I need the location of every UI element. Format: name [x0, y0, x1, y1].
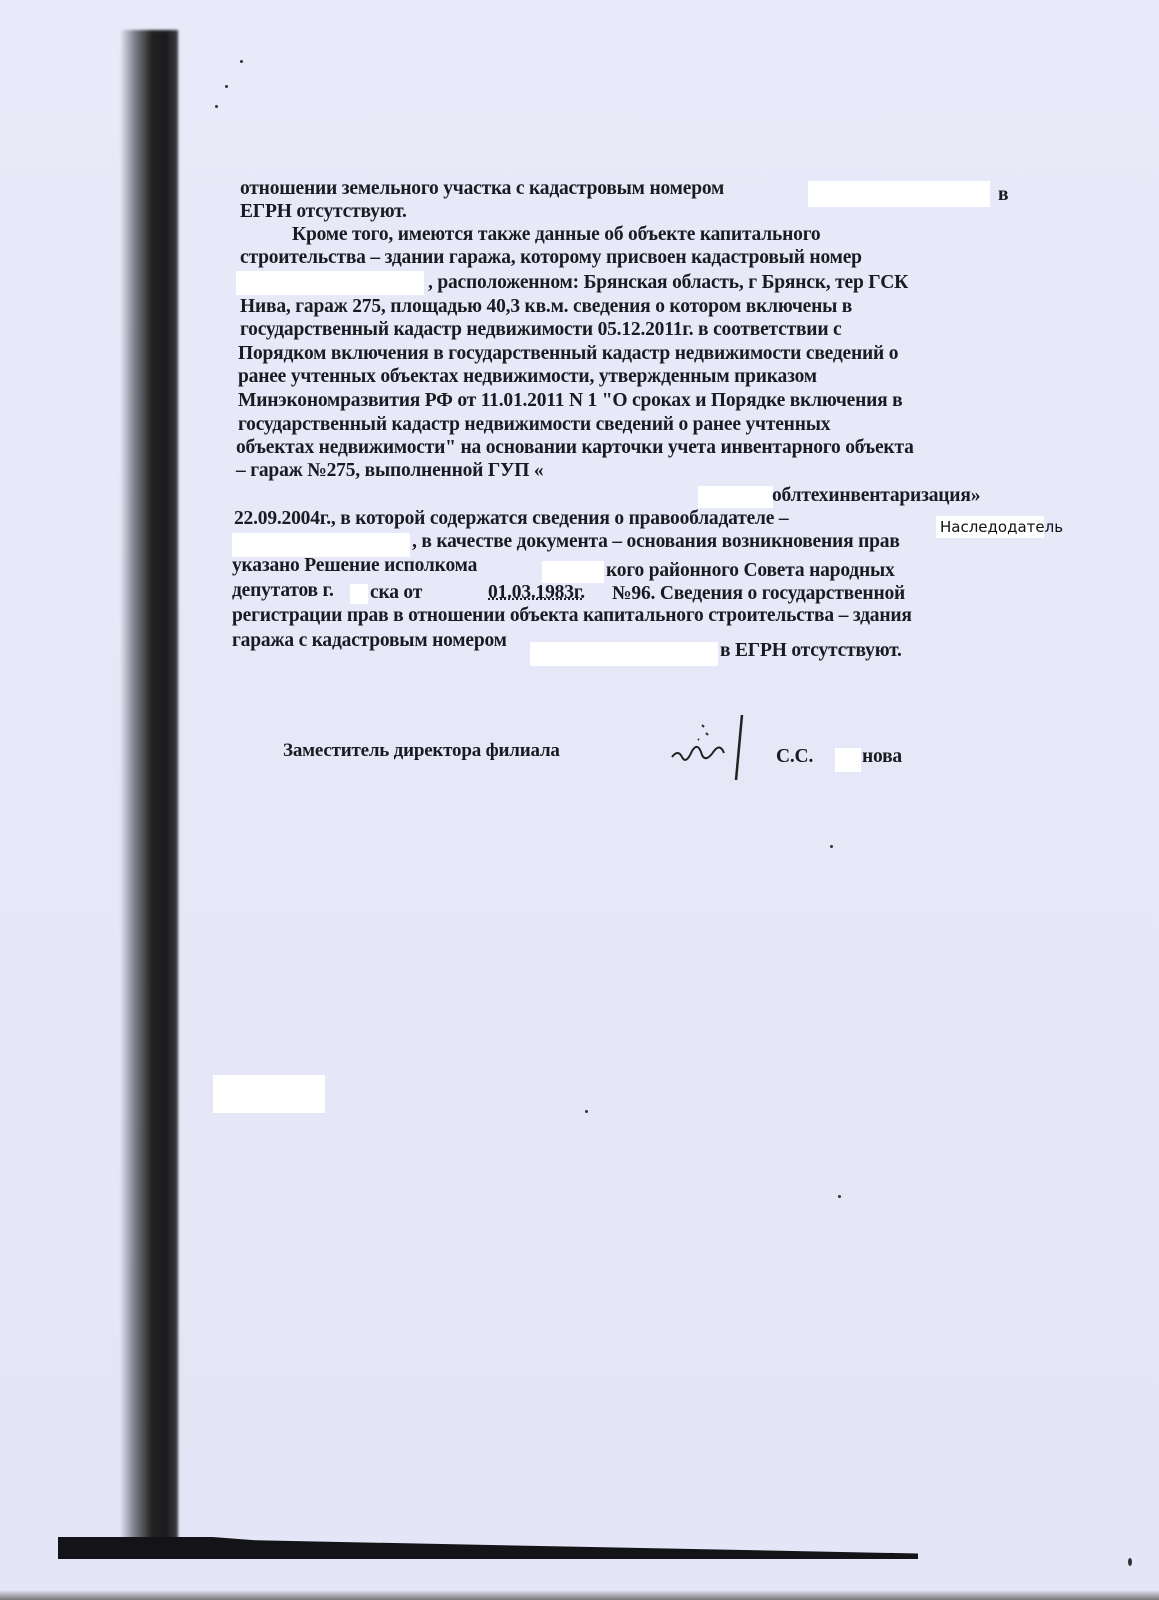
scan-speck [1128, 1558, 1132, 1566]
text-line: Нива, гараж 275, площадью 40,3 кв.м. све… [240, 296, 852, 318]
text-line: , в качестве документа – основания возни… [412, 531, 900, 553]
signer-initials: С.С. [776, 746, 813, 768]
signer-surname-suffix: нова [862, 746, 902, 768]
text-line: ска от [370, 582, 422, 604]
text-line: отношении земельного участка с кадастров… [240, 178, 724, 200]
text-line: 01.03.1983г. [488, 582, 585, 604]
text-span: Кроме того, имеются также данные об объе… [292, 224, 820, 246]
text-line: в ЕГРН отсутствуют. [720, 640, 902, 662]
scan-edge-shadow [120, 30, 178, 1550]
text-line: Порядком включения в государственный кад… [238, 343, 898, 365]
text-line: кого районного Совета народных [606, 560, 895, 582]
text-line: регистрации прав в отношении объекта кап… [232, 605, 912, 627]
text-line: государственный кадастр недвижимости све… [238, 414, 830, 436]
text-line: строительства – здании гаража, которому … [240, 247, 998, 269]
redaction-box [542, 561, 604, 583]
scan-speck [240, 60, 243, 63]
redaction-box [213, 1075, 325, 1113]
scan-bottom-edge [58, 1537, 918, 1559]
redaction-box [698, 486, 773, 508]
text-line: Минэкономразвития РФ от 11.01.2011 N 1 "… [238, 390, 903, 412]
text-line: объектах недвижимости" на основании карт… [236, 437, 914, 459]
signer-position: Заместитель директора филиала [283, 740, 560, 762]
scan-speck [225, 85, 228, 88]
text-line: государственный кадастр недвижимости 05.… [240, 319, 842, 341]
redaction-box [808, 181, 990, 207]
signature-scribble-icon [662, 705, 762, 785]
scan-speck [585, 1110, 588, 1113]
scan-bottom-shadow [0, 1590, 1159, 1600]
text-line: в [998, 184, 1008, 206]
text-line: гаража с кадастровым номером [232, 630, 507, 652]
text-line: , расположенном: Брянская область, г Бря… [428, 272, 908, 294]
redaction-box [530, 642, 718, 666]
text-line: ЕГРН отсутствуют. [240, 201, 407, 223]
text-line: 22.09.2004г., в которой содержатся сведе… [234, 508, 788, 530]
text-line: указано Решение исполкома [232, 555, 477, 577]
text-line: – гараж №275, выполненной ГУП « [236, 460, 543, 482]
scan-speck [215, 105, 218, 108]
redaction-box [350, 584, 368, 604]
text-line: депутатов г. [232, 580, 334, 602]
redaction-label: Наследодатель [936, 516, 1044, 538]
text-line: ранее учтенных объектах недвижимости, ут… [238, 366, 817, 388]
text-line: Кроме того, имеются также данные об объе… [240, 224, 998, 246]
scan-speck [838, 1195, 841, 1198]
scanned-page: отношении земельного участка с кадастров… [0, 0, 1159, 1600]
text-line: облтехинвентаризация» [772, 485, 980, 507]
redaction-box [232, 533, 410, 557]
redaction-box [236, 271, 424, 295]
scan-speck [830, 845, 833, 848]
text-line: №96. Сведения о государственной [612, 583, 905, 605]
redaction-box [835, 748, 861, 772]
